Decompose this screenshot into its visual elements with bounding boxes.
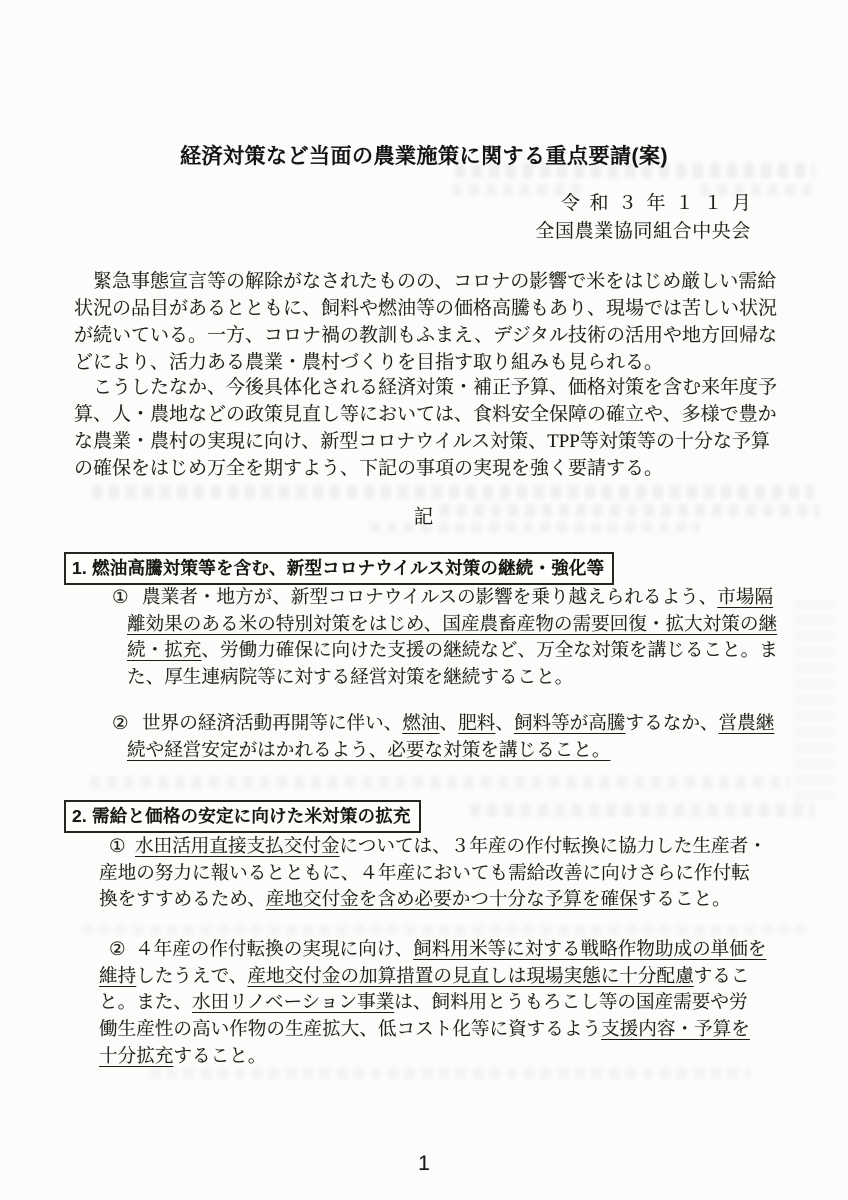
text-segment: こうしたなか、今後具体化される経済対策・補正予算、価格対策を含む来年度予: [74, 377, 777, 398]
text-segment: すること。: [638, 889, 731, 910]
bleed-through-artifact: [470, 803, 815, 817]
text-segment: 、: [440, 713, 459, 734]
underlined-text: 十分拡充: [99, 1046, 173, 1067]
text-line: 水田活用直接支払交付金については、３年産の作付転換に協力した生産者・: [99, 834, 799, 861]
underlined-text: 続や経営安定がはかれるよう、必要な対策を講じること。: [127, 740, 610, 761]
text-line: の確保をはじめ万全を期すよう、下記の事項の実現を強く要請する。: [74, 455, 814, 482]
text-segment: 働生産性の高い作物の生産拡大、低コスト化等に資するよう: [99, 1019, 601, 1040]
text-line: ４年産の作付転換の実現に向け、飼料用米等に対する戦略作物助成の単価を: [99, 937, 799, 964]
text-line: と。また、水田リノベーション事業は、飼料用とうもろこし等の国産需要や労: [99, 990, 799, 1017]
text-line: 算、人・農地などの政策見直し等においては、食料安全保障の確立や、多様で豊か: [74, 401, 814, 428]
text-segment: 算、人・農地などの政策見直し等においては、食料安全保障の確立や、多様で豊か: [74, 404, 777, 425]
text-segment: な農業・農村の実現に向け、新型コロナウイルス対策、TPP等対策等の十分な予算: [74, 431, 770, 452]
text-segment: 農業者・地方が、新型コロナウイルスの影響を乗り越えられるよう、: [142, 587, 717, 608]
intro-paragraph-1: 緊急事態宣言等の解除がなされたものの、コロナの影響で米をはじめ厳しい需給状況の品…: [74, 268, 814, 376]
underlined-text: 燃油: [402, 713, 439, 734]
text-line: 換をすすめるため、産地交付金を含め必要かつ十分な予算を確保すること。: [99, 887, 799, 914]
section-2-item-1: ① 水田活用直接支払交付金については、３年産の作付転換に協力した生産者・産地の努…: [99, 834, 799, 914]
underlined-text: 離効果のある米の特別対策をはじめ、国産農畜産物の需要回復・拡大対策の継: [127, 614, 777, 635]
text-line: が続いている。一方、コロナ禍の教訓もふまえ、デジタル技術の活用や地方回帰な: [74, 322, 814, 349]
text-line: 十分拡充すること。: [99, 1044, 799, 1071]
document-title: 経済対策など当面の農業施策に関する重点要請(案): [0, 140, 848, 170]
byline: 令和３年１１月 全国農業協同組合中央会: [535, 190, 751, 246]
text-segment: したうえで、: [136, 966, 247, 987]
text-segment: ４年産の作付転換の実現に向け、: [135, 939, 413, 960]
date-line: 令和３年１１月: [535, 190, 760, 218]
underlined-text: 市場隔: [717, 587, 773, 608]
bleed-through-artifact: [82, 925, 812, 935]
text-line: 働生産性の高い作物の生産拡大、低コスト化等に資するよう支援内容・予算を: [99, 1017, 799, 1044]
text-line: た、厚生連病院等に対する経営対策を継続すること。: [127, 665, 827, 692]
underlined-text: 維持: [99, 966, 136, 987]
text-segment: すること。: [173, 1046, 266, 1067]
underlined-text: 支援内容・予算を: [601, 1019, 750, 1040]
text-line: 状況の品目があるとともに、飼料や燃油等の価格高騰もあり、現場では苦しい状況: [74, 295, 814, 322]
item-marker: ②: [109, 937, 126, 964]
text-segment: するなか、: [626, 713, 719, 734]
text-segment: の確保をはじめ万全を期すよう、下記の事項の実現を強く要請する。: [74, 458, 663, 479]
text-segment: については、３年産の作付転換に協力した生産者・: [340, 836, 767, 857]
underlined-text: 水田リノベーション事業: [192, 992, 394, 1013]
text-line: 産地の努力に報いるとともに、４年産においても需給改善に向けさらに作付転: [99, 861, 799, 888]
record-mark: 記: [0, 501, 848, 529]
underlined-text: 産地交付金の加算措置の見直しは現場実態に十分配慮: [247, 966, 693, 987]
item-marker: ①: [112, 585, 129, 612]
underlined-text: 肥料: [458, 713, 495, 734]
text-segment: どにより、活力ある農業・農村づくりを目指す取り組みも見られる。: [74, 352, 663, 373]
section-1-item-2: ② 世界の経済活動再開等に伴い、燃油、肥料、飼料等が高騰するなか、営農継続や経営…: [127, 711, 827, 764]
text-segment: 世界の経済活動再開等に伴い、: [142, 713, 402, 734]
scanned-document-page: 経済対策など当面の農業施策に関する重点要請(案) 令和３年１１月 全国農業協同組…: [0, 0, 848, 1200]
page-number: 1: [0, 1152, 848, 1176]
underlined-text: 水田活用直接支払交付金: [135, 836, 340, 857]
underlined-text: 産地交付金を含め必要かつ十分な予算を確保: [266, 889, 638, 910]
section-2-heading: 2. 需給と価格の安定に向けた米対策の拡充: [64, 800, 421, 833]
item-marker: ①: [109, 834, 126, 861]
section-2-item-2: ② ４年産の作付転換の実現に向け、飼料用米等に対する戦略作物助成の単価を維持した…: [99, 937, 799, 1070]
text-line: 世界の経済活動再開等に伴い、燃油、肥料、飼料等が高騰するなか、営農継: [127, 711, 827, 738]
text-segment: 緊急事態宣言等の解除がなされたものの、コロナの影響で米をはじめ厳しい需給: [74, 271, 776, 292]
text-segment: が続いている。一方、コロナ禍の教訓もふまえ、デジタル技術の活用や地方回帰な: [74, 325, 777, 346]
section-1-heading: 1. 燃油高騰対策等を含む、新型コロナウイルス対策の継続・強化等: [64, 552, 614, 585]
text-segment: するこ: [694, 966, 750, 987]
text-line: 続・拡充、労働力確保に向けた支援の継続など、万全な対策を講じること。ま: [127, 638, 827, 665]
text-segment: 産地の努力に報いるとともに、４年産においても需給改善に向けさらに作付転: [99, 863, 750, 884]
text-line: な農業・農村の実現に向け、新型コロナウイルス対策、TPP等対策等の十分な予算: [74, 428, 814, 455]
text-line: 緊急事態宣言等の解除がなされたものの、コロナの影響で米をはじめ厳しい需給: [74, 268, 814, 295]
underlined-text: 飼料等が高騰: [514, 713, 626, 734]
underlined-text: 営農継: [719, 713, 775, 734]
section-1-item-1: ① 農業者・地方が、新型コロナウイルスの影響を乗り越えられるよう、市場隔離効果の…: [127, 585, 827, 692]
intro-paragraph-2: こうしたなか、今後具体化される経済対策・補正予算、価格対策を含む来年度予算、人・…: [74, 374, 814, 482]
underlined-text: 飼料用米等に対する戦略作物助成の単価を: [413, 939, 766, 960]
bleed-through-artifact: [90, 776, 790, 789]
bleed-through-artifact: [92, 485, 814, 499]
text-line: 離効果のある米の特別対策をはじめ、国産農畜産物の需要回復・拡大対策の継: [127, 612, 827, 639]
text-segment: 、労働力確保に向けた支援の継続など、万全な対策を講じること。ま: [201, 640, 777, 661]
text-segment: 状況の品目があるとともに、飼料や燃油等の価格高騰もあり、現場では苦しい状況: [74, 298, 777, 319]
text-segment: は、飼料用とうもろこし等の国産需要や労: [394, 992, 747, 1013]
underlined-text: 続・拡充: [127, 640, 201, 661]
text-line: 維持したうえで、産地交付金の加算措置の見直しは現場実態に十分配慮するこ: [99, 964, 799, 991]
text-segment: 換をすすめるため、: [99, 889, 266, 910]
text-line: 続や経営安定がはかれるよう、必要な対策を講じること。: [127, 738, 827, 765]
text-line: どにより、活力ある農業・農村づくりを目指す取り組みも見られる。: [74, 349, 814, 376]
text-segment: 、: [495, 713, 514, 734]
text-segment: と。また、: [99, 992, 192, 1013]
item-marker: ②: [112, 711, 129, 738]
organization-line: 全国農業協同組合中央会: [535, 218, 751, 246]
text-line: 農業者・地方が、新型コロナウイルスの影響を乗り越えられるよう、市場隔: [127, 585, 827, 612]
text-segment: た、厚生連病院等に対する経営対策を継続すること。: [127, 667, 573, 688]
text-line: こうしたなか、今後具体化される経済対策・補正予算、価格対策を含む来年度予: [74, 374, 814, 401]
